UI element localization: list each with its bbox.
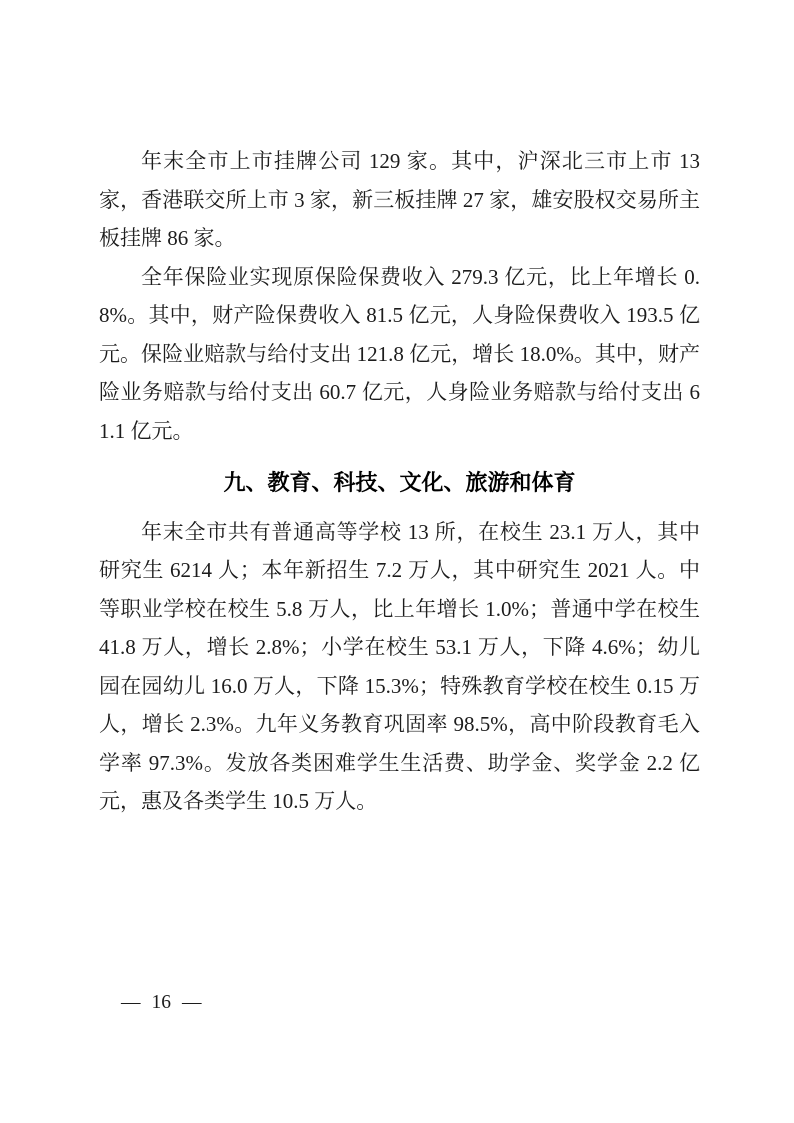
page-footer: — 16 — xyxy=(121,991,202,1015)
document-body: 年末全市上市挂牌公司 129 家。其中，沪深北三市上市 13 家，香港联交所上市… xyxy=(99,142,700,821)
document-page: 年末全市上市挂牌公司 129 家。其中，沪深北三市上市 13 家，香港联交所上市… xyxy=(0,0,794,1123)
section-heading-education-science-culture-tourism-sports: 九、教育、科技、文化、旅游和体育 xyxy=(99,464,700,503)
paragraph-education: 年末全市共有普通高等学校 13 所，在校生 23.1 万人，其中研究生 6214… xyxy=(99,513,700,821)
footer-dash-left: — xyxy=(121,991,141,1015)
paragraph-listed-companies: 年末全市上市挂牌公司 129 家。其中，沪深北三市上市 13 家，香港联交所上市… xyxy=(99,142,700,258)
paragraph-insurance: 全年保险业实现原保险保费收入 279.3 亿元，比上年增长 0.8%。其中，财产… xyxy=(99,258,700,451)
footer-dash-right: — xyxy=(182,991,202,1015)
page-number: 16 xyxy=(152,991,172,1015)
